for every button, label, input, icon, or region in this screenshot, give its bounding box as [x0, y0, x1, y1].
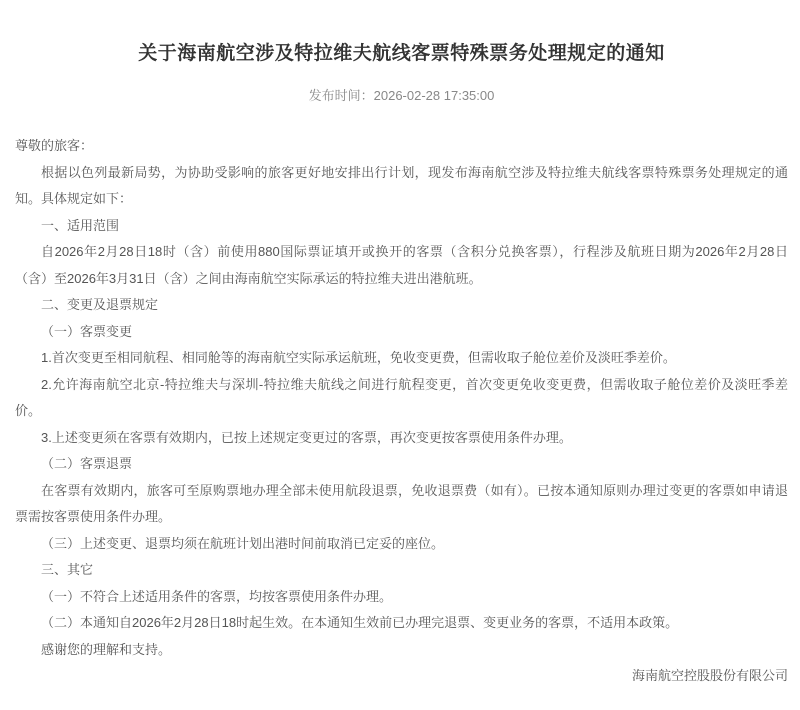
section-2-sub-2-heading: （二）客票退票 — [15, 451, 788, 478]
section-1-paragraph: 自2026年2月28日18时（含）前使用880国际票证填开或换开的客票（含积分兑… — [15, 239, 788, 292]
change-rule-1: 1.首次变更至相同航程、相同舱等的海南航空实际承运航班，免收变更费，但需收取子舱… — [15, 345, 788, 372]
company-signature: 海南航空控股股份有限公司 — [15, 663, 788, 690]
other-rule-1: （一）不符合上述适用条件的客票，均按客票使用条件办理。 — [15, 584, 788, 611]
change-rule-2: 2.允许海南航空北京-特拉维夫与深圳-特拉维夫航线之间进行航程变更，首次变更免收… — [15, 372, 788, 425]
notice-page: 关于海南航空涉及特拉维夫航线客票特殊票务处理规定的通知 发布时间：2026-02… — [0, 0, 800, 710]
publish-time-label: 发布时间： — [309, 88, 374, 103]
intro-paragraph: 根据以色列最新局势，为协助受影响的旅客更好地安排出行计划，现发布海南航空涉及特拉… — [15, 160, 788, 213]
publish-time-line: 发布时间：2026-02-28 17:35:00 — [15, 85, 788, 104]
notice-body: 尊敬的旅客： 根据以色列最新局势，为协助受影响的旅客更好地安排出行计划，现发布海… — [15, 133, 788, 663]
section-2-sub-3-paragraph: （三）上述变更、退票均须在航班计划出港时间前取消已定妥的座位。 — [15, 531, 788, 558]
refund-rule-paragraph: 在客票有效期内，旅客可至原购票地办理全部未使用航段退票，免收退票费（如有）。已按… — [15, 478, 788, 531]
closing-thanks: 感谢您的理解和支持。 — [15, 637, 788, 664]
publish-time-value: 2026-02-28 17:35:00 — [374, 88, 495, 103]
section-1-heading: 一、适用范围 — [15, 213, 788, 240]
other-rule-2: （二）本通知自2026年2月28日18时起生效。在本通知生效前已办理完退票、变更… — [15, 610, 788, 637]
change-rule-3: 3.上述变更须在客票有效期内，已按上述规定变更过的客票，再次变更按客票使用条件办… — [15, 425, 788, 452]
notice-title: 关于海南航空涉及特拉维夫航线客票特殊票务处理规定的通知 — [15, 38, 788, 65]
section-3-heading: 三、其它 — [15, 557, 788, 584]
salutation: 尊敬的旅客： — [15, 133, 788, 160]
section-2-sub-1-heading: （一）客票变更 — [15, 319, 788, 346]
section-2-heading: 二、变更及退票规定 — [15, 292, 788, 319]
